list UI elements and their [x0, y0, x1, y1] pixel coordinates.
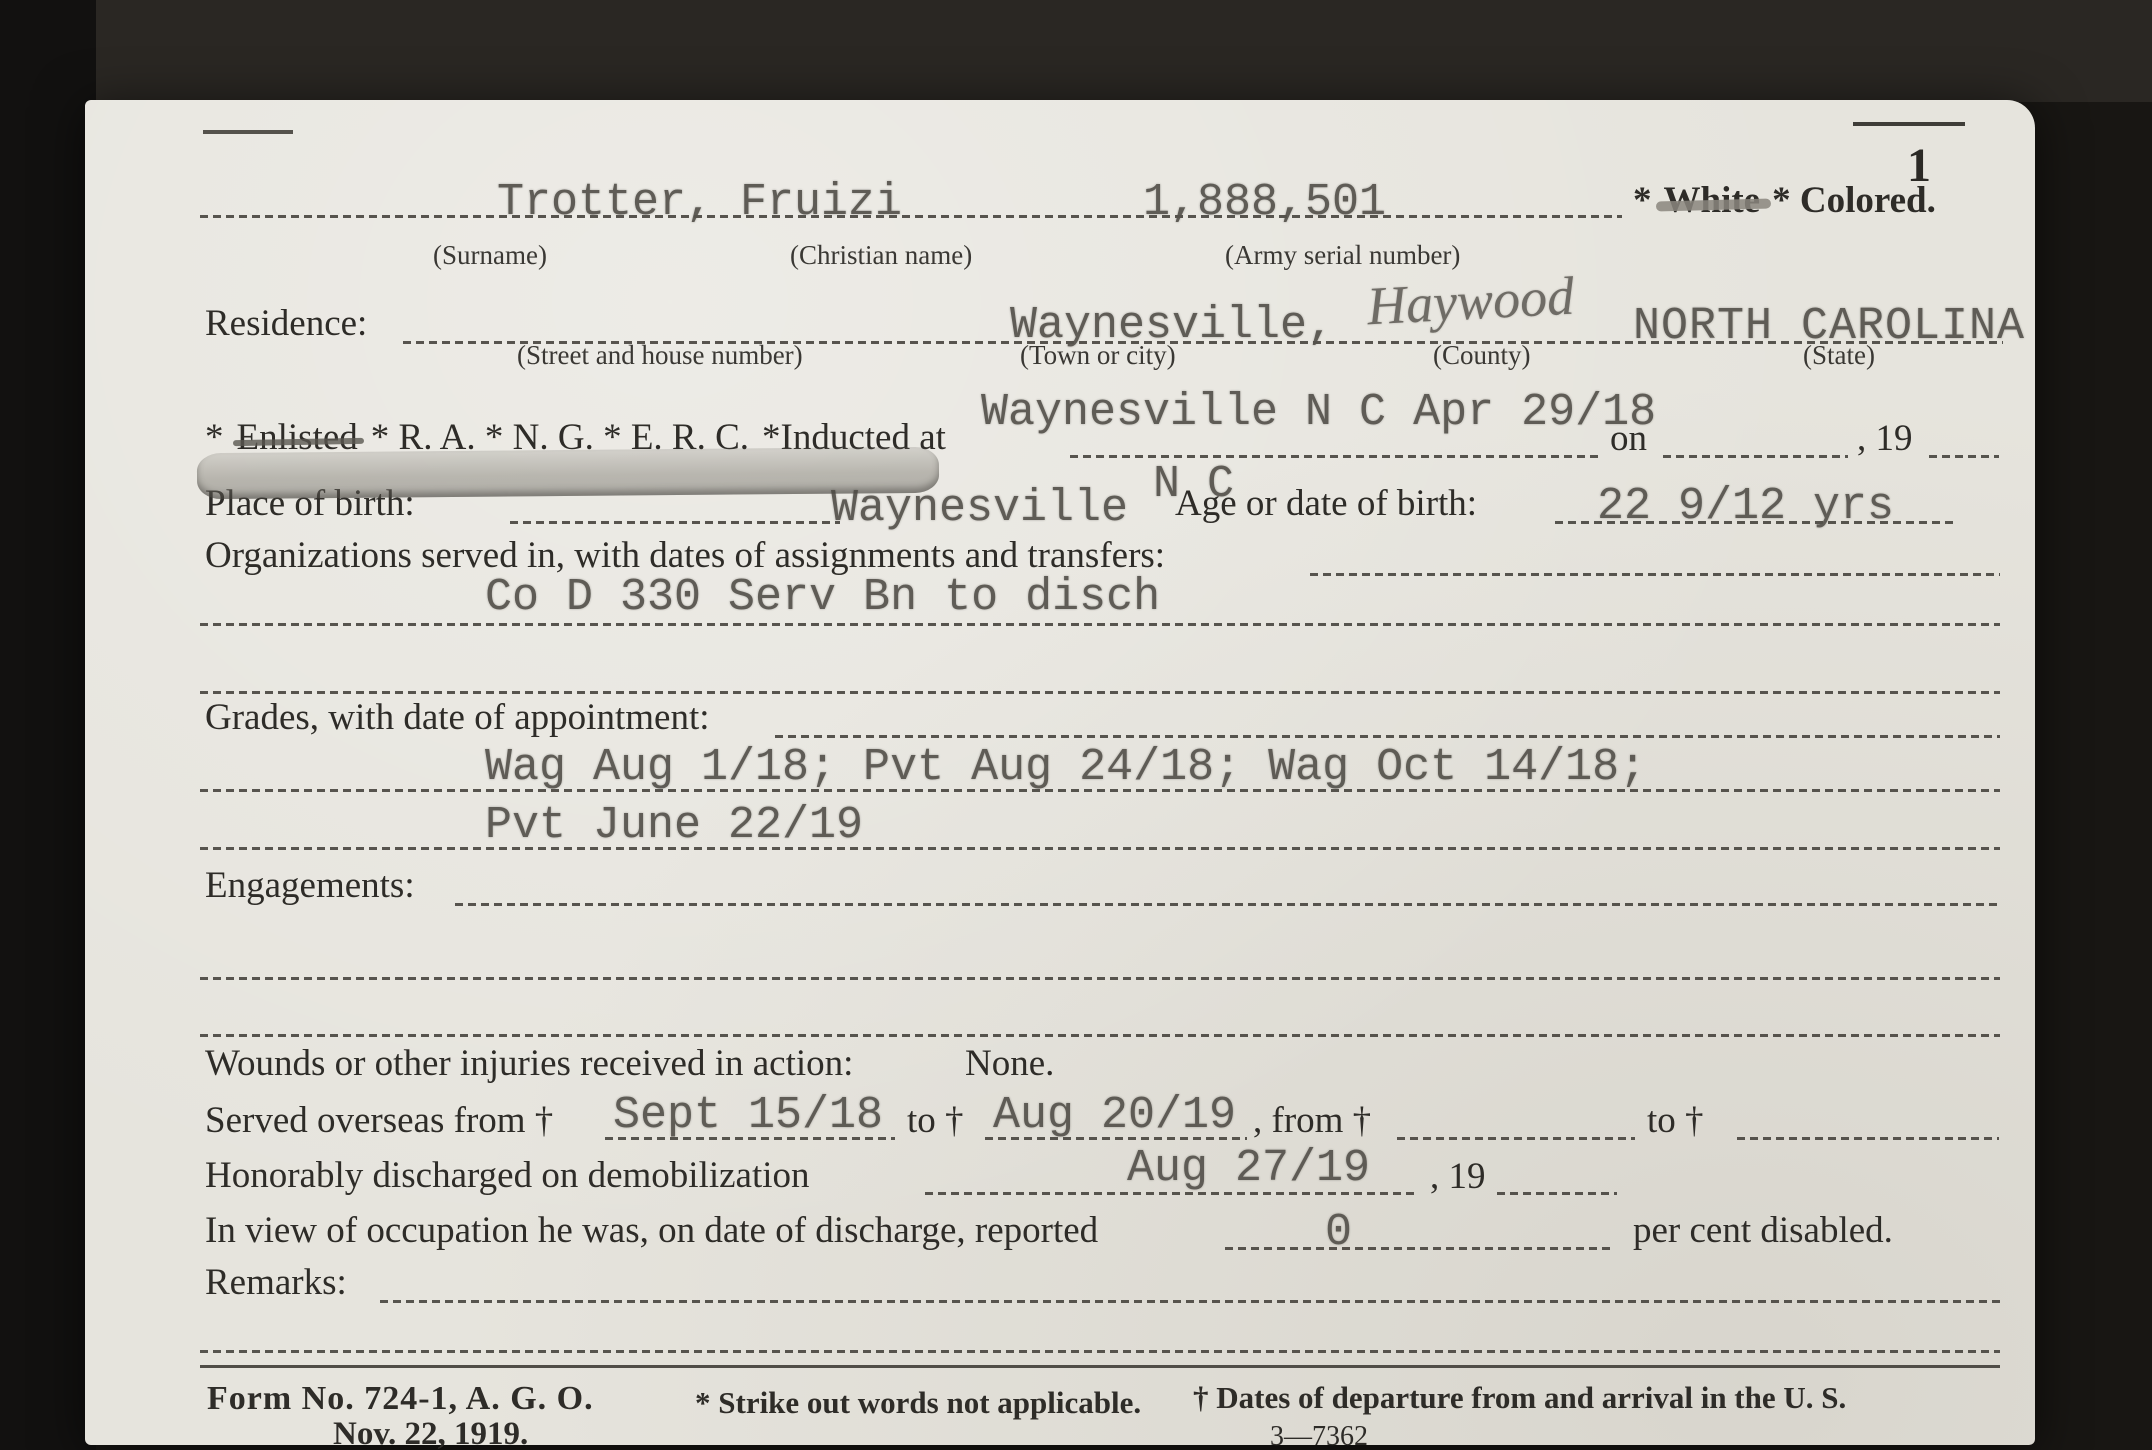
discharged-label: Honorably discharged on demobilization: [205, 1156, 810, 1197]
surname-caption: (Surname): [433, 240, 547, 271]
remarks-label: Remarks:: [205, 1263, 347, 1304]
engagements-blank-line-2: [200, 1034, 2000, 1037]
footer-rule: [200, 1365, 2000, 1368]
serial-number-value: 1,888,501: [1143, 180, 1386, 225]
state-caption: (State): [1803, 340, 1875, 371]
discharged-date-value: Aug 27/19: [1127, 1146, 1370, 1191]
name-dotted-line: [200, 215, 1622, 218]
organizations-blank-line-1: [200, 623, 2000, 626]
grades-label: Grades, with date of appointment:: [205, 698, 710, 739]
birthplace-dotted-line: [510, 521, 840, 524]
page-number-rule: [1853, 122, 1965, 126]
disability-label: In view of occupation he was, on date of…: [205, 1211, 1098, 1252]
name-value: Trotter, Fruizi: [497, 180, 902, 225]
christian-name-caption: (Christian name): [790, 240, 972, 271]
street-caption: (Street and house number): [517, 340, 803, 371]
disability-dotted-line: [1225, 1247, 1610, 1250]
grades-value-line2: Pvt June 22/19: [485, 803, 863, 848]
organizations-blank-line-2: [200, 691, 2000, 694]
background-top-band: [96, 0, 2152, 102]
wounds-label: Wounds or other injuries received in act…: [205, 1044, 853, 1085]
remarks-dotted-line: [380, 1300, 2000, 1303]
inducted-date-dotted-line: [1663, 455, 1848, 458]
form-date: Nov. 22, 1919.: [333, 1416, 528, 1450]
overseas-from2-label: , from †: [1253, 1101, 1371, 1142]
served-overseas-label: Served overseas from †: [205, 1101, 553, 1142]
town-caption: (Town or city): [1020, 340, 1176, 371]
overseas-from-date-value: Sept 15/18: [613, 1093, 883, 1138]
overseas-to2-label: to †: [1647, 1101, 1704, 1142]
grades-dotted-line: [775, 735, 2000, 738]
inducted-year-label: , 19: [1857, 419, 1913, 460]
organizations-value: Co D 330 Serv Bn to disch: [485, 575, 1160, 620]
service-record-card: 1 Trotter, Fruizi 1,888,501 * White * Co…: [85, 100, 2035, 1445]
age-label: Age or date of birth:: [1175, 484, 1477, 525]
grades-blank-line-1: [200, 789, 2000, 792]
age-value: 22 9/12 yrs: [1597, 484, 1894, 529]
engagements-blank-line-1: [200, 977, 2000, 980]
residence-county-handwritten: Haywood: [1366, 265, 1576, 338]
dagger-note: † Dates of departure from and arrival in…: [1193, 1381, 1846, 1415]
grades-value-line1: Wag Aug 1/18; Pvt Aug 24/18; Wag Oct 14/…: [485, 745, 1646, 790]
disability-percent-value: 0: [1325, 1210, 1352, 1255]
strike-out-note: * Strike out words not applicable.: [695, 1386, 1141, 1420]
remarks-blank-line: [200, 1350, 2000, 1353]
grades-blank-line-2: [200, 847, 2000, 850]
organizations-label: Organizations served in, with dates of a…: [205, 536, 1165, 577]
inducted-at-value: Waynesville N C Apr 29/18: [981, 390, 1656, 435]
inducted-on-label: on: [1610, 419, 1647, 460]
overseas-to-date-value: Aug 20/19: [993, 1093, 1236, 1138]
overseas-from2-dotted-line: [1397, 1137, 1635, 1140]
inducted-year-dotted-line: [1929, 455, 1999, 458]
pencil-smudge-strikeout: [197, 447, 939, 499]
county-caption: (County): [1433, 340, 1531, 371]
overseas-to-label: to †: [907, 1101, 964, 1142]
race-colored-option: * Colored.: [1772, 181, 1936, 222]
form-number: Form No. 724-1, A. G. O.: [207, 1380, 594, 1417]
print-code: 3—7362: [1270, 1422, 1368, 1450]
background-left-band: [0, 0, 96, 1450]
race-white-option-struck: White: [1664, 181, 1761, 222]
serial-number-caption: (Army serial number): [1225, 240, 1460, 271]
wounds-value: None.: [965, 1044, 1054, 1085]
overseas-from-dotted-line: [605, 1137, 895, 1140]
residence-label: Residence:: [205, 304, 367, 345]
engagements-dotted-line: [455, 903, 2000, 906]
overseas-to-dotted-line: [985, 1137, 1247, 1140]
organizations-dotted-line: [1310, 573, 2000, 576]
overseas-to2-dotted-line: [1737, 1137, 1999, 1140]
discharged-year-label: , 19: [1430, 1157, 1486, 1198]
inducted-dotted-line: [1070, 455, 1600, 458]
engagements-label: Engagements:: [205, 866, 415, 907]
corner-dash-mark: [203, 130, 293, 134]
disability-suffix-label: per cent disabled.: [1633, 1211, 1893, 1252]
race-options: * White * Colored.: [1633, 181, 1936, 222]
race-star: *: [1633, 181, 1652, 222]
discharged-year-dotted-line: [1497, 1192, 1617, 1195]
